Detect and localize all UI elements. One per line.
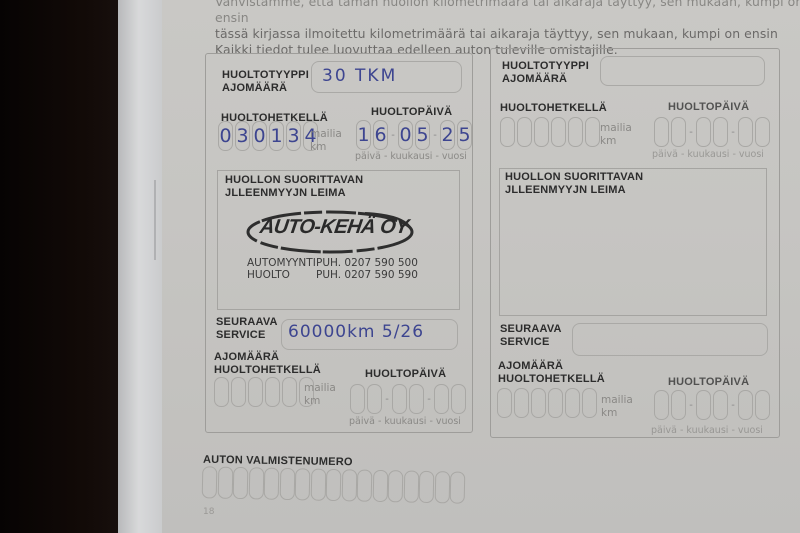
digit-box[interactable] <box>403 470 419 502</box>
date-boxes-r2[interactable]: -- <box>654 390 770 420</box>
label-service-date-2: HUOLTOPÄIVÄ <box>365 368 446 381</box>
digit-box[interactable] <box>671 117 686 147</box>
digit-box[interactable]: 5 <box>457 120 472 150</box>
unit-label-r: mailiakm <box>600 122 632 148</box>
digit-box[interactable] <box>295 468 311 500</box>
digit-box[interactable] <box>755 390 770 420</box>
digit-box[interactable] <box>713 117 728 147</box>
digit-box[interactable] <box>534 117 549 147</box>
date-separator: - <box>432 120 438 150</box>
date-boxes[interactable]: 16-05-25 <box>356 120 472 150</box>
digit-box[interactable] <box>585 117 600 147</box>
digit-box[interactable] <box>514 388 529 418</box>
digit-box[interactable] <box>310 469 326 501</box>
digit-box[interactable] <box>282 377 297 407</box>
date-separator: - <box>688 117 694 147</box>
digit-box[interactable]: 3 <box>235 121 250 151</box>
intro-line-2: tässä kirjassa ilmoitettu kilometrimäärä… <box>215 26 800 42</box>
digit-box[interactable] <box>202 466 218 498</box>
digit-box[interactable] <box>434 384 449 414</box>
date-boxes-r[interactable]: -- <box>654 117 770 147</box>
digit-box[interactable] <box>388 470 404 502</box>
digit-box[interactable] <box>696 117 711 147</box>
digit-box[interactable]: 1 <box>356 120 371 150</box>
odometer-boxes-2[interactable] <box>214 377 314 407</box>
digit-box[interactable] <box>551 117 566 147</box>
label-mileage-at-service: AJOMÄÄRÄHUOLTOHETKELLÄ <box>214 351 321 377</box>
digit-box[interactable] <box>738 117 753 147</box>
digit-box[interactable] <box>497 388 512 418</box>
label-service-type-r: HUOLTOTYYPPIAJOMÄÄRÄ <box>502 60 589 86</box>
digit-box[interactable] <box>696 390 711 420</box>
digit-box[interactable] <box>217 467 233 499</box>
digit-box[interactable] <box>548 388 563 418</box>
digit-box[interactable] <box>450 471 466 503</box>
digit-box[interactable] <box>231 377 246 407</box>
label-service-type: HUOLTOTYYPPIAJOMÄÄRÄ <box>222 69 309 95</box>
digit-box[interactable] <box>671 390 686 420</box>
digit-box[interactable] <box>565 388 580 418</box>
digit-box[interactable] <box>214 377 229 407</box>
digit-box[interactable] <box>409 384 424 414</box>
date-hint-r2: päivä - kuukausi - vuosi <box>651 425 763 436</box>
digit-box[interactable] <box>357 469 373 501</box>
odometer-boxes-r2[interactable] <box>497 388 597 418</box>
digit-box[interactable] <box>654 117 669 147</box>
digit-box[interactable] <box>568 117 583 147</box>
digit-box[interactable] <box>755 117 770 147</box>
unit-label-r2: mailiakm <box>601 394 633 420</box>
digit-box[interactable]: 3 <box>286 121 301 151</box>
label-stamp: HUOLLON SUORITTAVANJLLEENMYYJN LEIMA <box>225 174 363 200</box>
digit-box[interactable] <box>419 471 435 503</box>
odometer-boxes[interactable]: 030134 <box>218 121 318 151</box>
label-next-service-r: SEURAAVASERVICE <box>500 323 562 349</box>
digit-box[interactable]: 0 <box>218 121 233 151</box>
label-stamp-r: HUOLLON SUORITTAVANJLLEENMYYJN LEIMA <box>505 171 643 197</box>
label-service-date: HUOLTOPÄIVÄ <box>371 106 452 119</box>
service-type-value: 30 TKM <box>322 66 397 86</box>
date-boxes-2[interactable]: -- <box>350 384 466 414</box>
digit-box[interactable] <box>279 468 295 500</box>
label-mileage-at-service-r: AJOMÄÄRÄHUOLTOHETKELLÄ <box>498 360 605 386</box>
date-hint-2: päivä - kuukausi - vuosi <box>349 416 461 427</box>
digit-box[interactable] <box>372 470 388 502</box>
digit-box[interactable]: 6 <box>373 120 388 150</box>
digit-box[interactable] <box>233 467 249 499</box>
digit-box[interactable] <box>326 469 342 501</box>
digit-box[interactable]: 2 <box>440 120 455 150</box>
date-separator: - <box>384 384 390 414</box>
label-next-service: SEURAAVASERVICE <box>216 316 278 342</box>
digit-box[interactable] <box>341 469 357 501</box>
digit-box[interactable] <box>367 384 382 414</box>
date-separator: - <box>390 120 396 150</box>
label-at-service-r: HUOLTOHETKELLÄ <box>500 102 607 115</box>
stamp-company-name: AUTO-KEHÄ OY <box>258 216 409 239</box>
next-service-field-r[interactable] <box>572 323 768 356</box>
date-hint: päivä - kuukausi - vuosi <box>355 151 467 162</box>
digit-box[interactable] <box>500 117 515 147</box>
unit-label-2: mailiakm <box>304 382 336 408</box>
digit-box[interactable]: 0 <box>252 121 267 151</box>
digit-box[interactable]: 1 <box>269 121 284 151</box>
service-type-field-r[interactable] <box>600 56 765 86</box>
odometer-boxes-r[interactable] <box>500 117 600 147</box>
date-hint-r: päivä - kuukausi - vuosi <box>652 149 764 160</box>
digit-box[interactable] <box>392 384 407 414</box>
date-separator: - <box>426 384 432 414</box>
digit-box[interactable] <box>713 390 728 420</box>
digit-box[interactable] <box>738 390 753 420</box>
date-separator: - <box>730 117 736 147</box>
date-separator: - <box>730 390 736 420</box>
digit-box[interactable] <box>517 117 532 147</box>
digit-box[interactable] <box>451 384 466 414</box>
digit-box[interactable] <box>434 471 450 503</box>
digit-box[interactable] <box>654 390 669 420</box>
label-service-date-r: HUOLTOPÄIVÄ <box>668 101 749 114</box>
unit-label: mailiakm <box>310 128 342 154</box>
digit-box[interactable] <box>265 377 280 407</box>
vin-boxes[interactable] <box>202 466 466 504</box>
digit-box[interactable] <box>248 377 263 407</box>
intro-line-1: Vahvistamme, että tämän huollon kilometr… <box>215 0 800 26</box>
date-separator: - <box>688 390 694 420</box>
digit-box[interactable]: 5 <box>415 120 430 150</box>
digit-box[interactable] <box>264 468 280 500</box>
digit-box[interactable] <box>582 388 597 418</box>
digit-box[interactable] <box>350 384 365 414</box>
digit-box[interactable] <box>248 467 264 499</box>
digit-box[interactable]: 0 <box>398 120 413 150</box>
label-service-date-r2: HUOLTOPÄIVÄ <box>668 376 749 389</box>
next-service-value: 60000km 5/26 <box>288 322 424 342</box>
stamp-contact-info: AUTOMYYNTIPUH. 0207 590 500 HUOLTOPUH. 0… <box>247 257 418 281</box>
digit-box[interactable] <box>531 388 546 418</box>
page-number: 18 <box>203 507 214 517</box>
